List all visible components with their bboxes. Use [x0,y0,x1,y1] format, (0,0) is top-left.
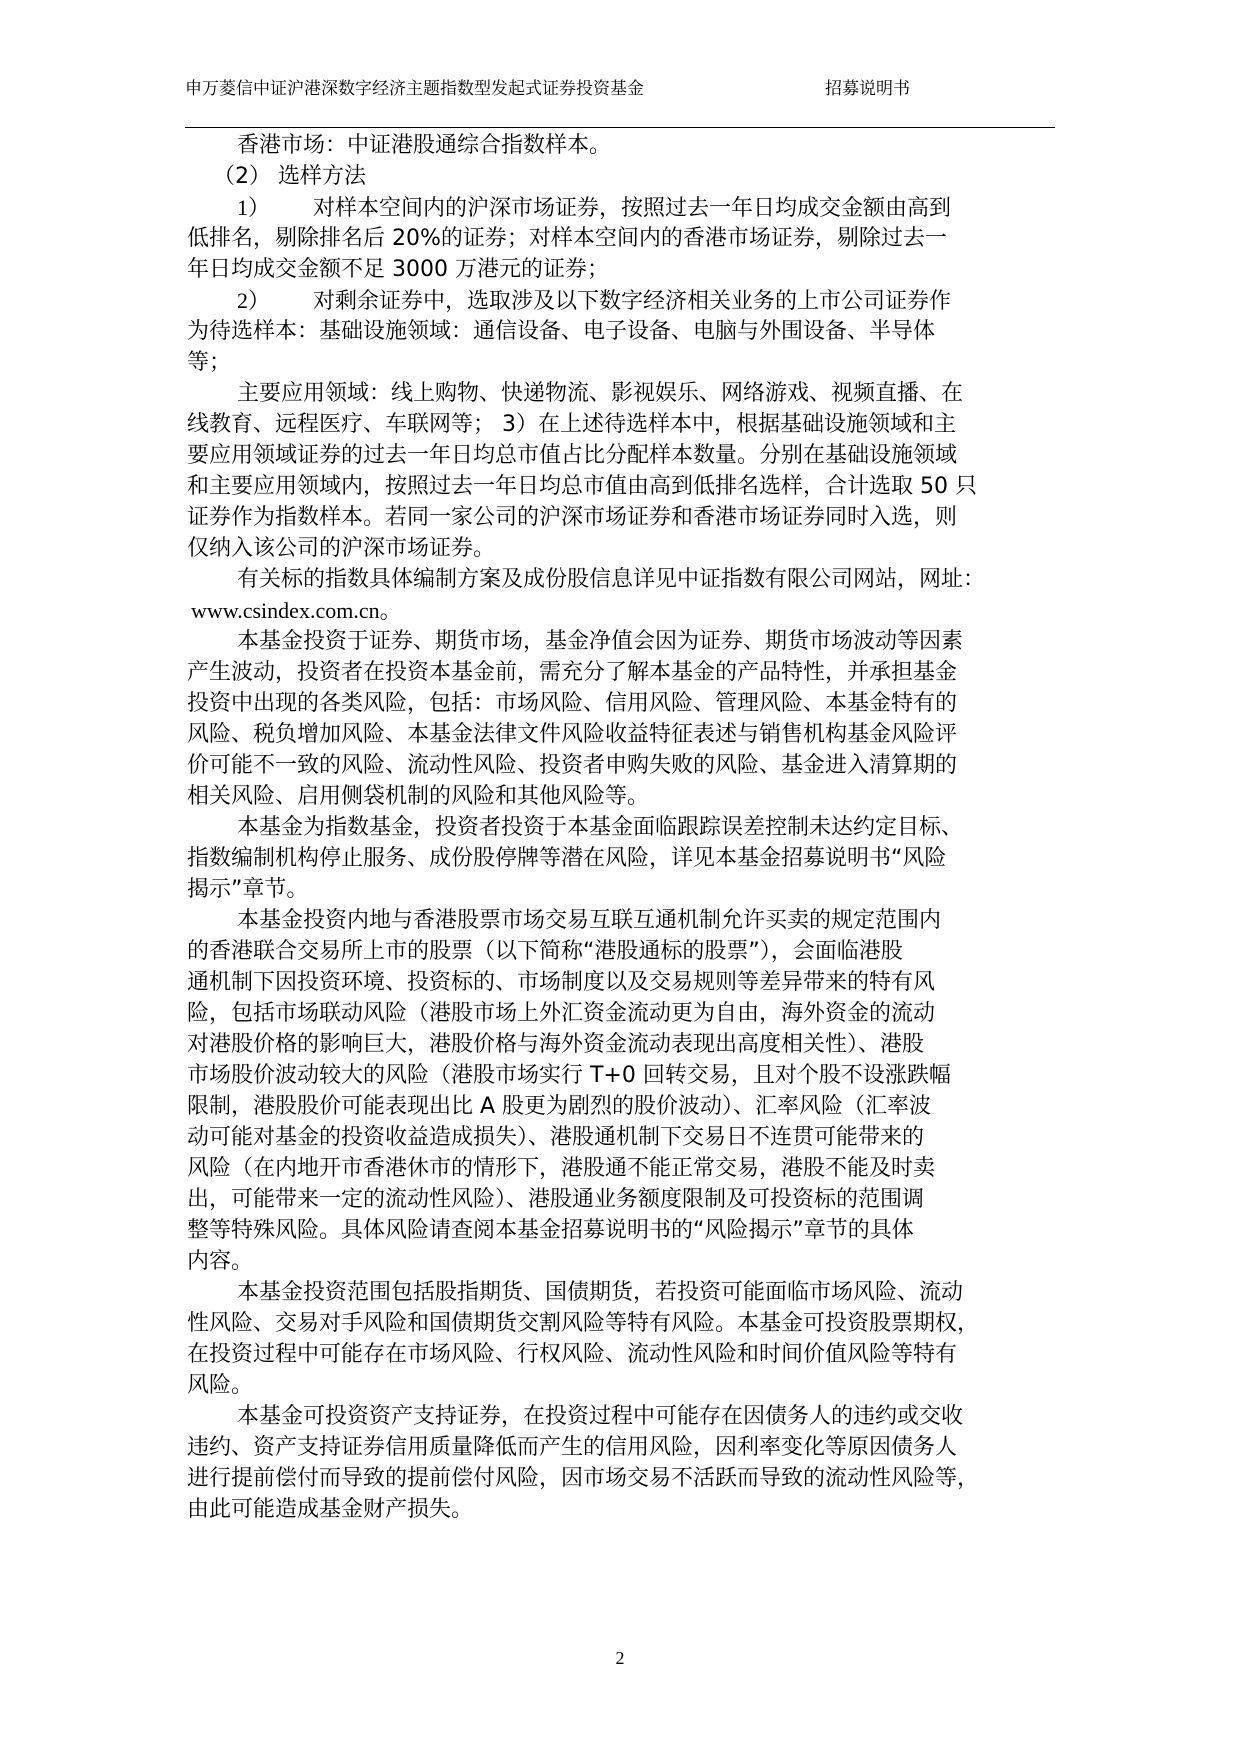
text-line: 风险。 [187,1370,1067,1401]
text-line: 通机制下因投资环境、投资标的、市场制度以及交易规则等差异带来的特有风 [187,967,1067,998]
text-line: 在投资过程中可能存在市场风险、行权风险、流动性风险和时间价值风险等特有 [187,1339,1067,1370]
text-line: 指数编制机构停止服务、成份股停牌等潜在风险，详见本基金招募说明书“风险 [187,843,1067,874]
document-body: 香港市场：中证港股通综合指数样本。 （2） 选样方法 1）对样本空间内的沪深市场… [187,130,1067,1525]
text-line: 内容。 [187,1246,1067,1277]
text-line: 本基金投资范围包括股指期货、国债期货，若投资可能面临市场风险、流动 [187,1277,1067,1308]
list-item-1: 1）对样本空间内的沪深市场证券，按照过去一年日均成交金额由高到 [187,192,1067,223]
text-line: 进行提前偿付而导致的提前偿付风险，因市场交易不活跃而导致的流动性风险等， [187,1463,1067,1494]
text-line: 和主要应用领域内，按照过去一年日均总市值由高到低排名选样，合计选取 50 只 [187,471,1067,502]
section-heading-selection-method: （2） 选样方法 [187,161,1067,192]
text-line: 由此可能造成基金财产损失。 [187,1494,1067,1525]
text-line: 要应用领域证券的过去一年日均总市值占比分配样本数量。分别在基础设施领域 [187,440,1067,471]
text-line: 仅纳入该公司的沪深市场证券。 [187,533,1067,564]
text-line: 证券作为指数样本。若同一家公司的沪深市场证券和香港市场证券同时入选，则 [187,502,1067,533]
index-website-url: www.csindex.com.cn。 [187,595,1067,626]
text-line: 动可能对基金的投资收益造成损失）、港股通机制下交易日不连贯可能带来的 [187,1122,1067,1153]
text-line: 整等特殊风险。具体风险请查阅本基金招募说明书的“风险揭示”章节的具体 [187,1215,1067,1246]
text-line: 香港市场：中证港股通综合指数样本。 [187,130,1067,161]
text-line: 出，可能带来一定的流动性风险）、港股通业务额度限制及可投资标的范围调 [187,1184,1067,1215]
text-line: 本基金可投资资产支持证券，在投资过程中可能存在因债务人的违约或交收 [187,1401,1067,1432]
text-line: 性风险、交易对手风险和国债期货交割风险等特有风险。本基金可投资股票期权， [187,1308,1067,1339]
text-line: 本基金投资于证券、期货市场，基金净值会因为证券、期货市场波动等因素 [187,626,1067,657]
text-line: 本基金投资内地与香港股票市场交易互联互通机制允许买卖的规定范围内 [187,905,1067,936]
text-line: 对样本空间内的沪深市场证券，按照过去一年日均成交金额由高到 [313,196,951,221]
text-line: 线教育、远程医疗、车联网等； 3）在上述待选样本中，根据基础设施领域和主 [187,409,1067,440]
text-line: 风险、税负增加风险、本基金法律文件风险收益特征表述与销售机构基金风险评 [187,719,1067,750]
text-line: 年日均成交金额不足 3000 万港元的证券； [187,254,1067,285]
list-item-2: 2）对剩余证券中，选取涉及以下数字经济相关业务的上市公司证券作 [187,285,1067,316]
text-line: 违约、资产支持证券信用质量降低而产生的信用风险，因利率变化等原因债务人 [187,1432,1067,1463]
text-line: 风险（在内地开市香港休市的情形下，港股通不能正常交易，港股不能及时卖 [187,1153,1067,1184]
text-line: 相关风险、启用侧袋机制的风险和其他风险等。 [187,781,1067,812]
text-line: 为待选样本：基础设施领域：通信设备、电子设备、电脑与外围设备、半导体 [187,316,1067,347]
header-document-type: 招募说明书 [825,74,910,104]
page-header: 申万菱信中证沪港深数字经济主题指数型发起式证券投资基金 招募说明书 [185,74,1055,104]
text-line: 等； [187,347,1067,378]
text-line: 的香港联合交易所上市的股票（以下简称“港股通标的股票”），会面临港股 [187,936,1067,967]
list-item-number: 1） [237,192,313,223]
text-line: 险，包括市场联动风险（港股市场上外汇资金流动更为自由，海外资金的流动 [187,998,1067,1029]
text-line: 产生波动，投资者在投资本基金前，需充分了解本基金的产品特性，并承担基金 [187,657,1067,688]
text-line: 对剩余证券中，选取涉及以下数字经济相关业务的上市公司证券作 [313,289,951,314]
header-divider [185,127,1055,128]
text-line: 主要应用领域：线上购物、快递物流、影视娱乐、网络游戏、视频直播、在 [187,378,1067,409]
text-line: 市场股价波动较大的风险（港股市场实行 T+0 回转交易，且对个股不设涨跌幅 [187,1060,1067,1091]
list-item-number: 2） [237,285,313,316]
text-line: 对港股价格的影响巨大，港股价格与海外资金流动表现出高度相关性）、港股 [187,1029,1067,1060]
text-line: 有关标的指数具体编制方案及成份股信息详见中证指数有限公司网站，网址： [187,564,1067,595]
page-number: 2 [0,1648,1240,1669]
text-line: 限制，港股股价可能表现出比 A 股更为剧烈的股价波动）、汇率风险（汇率波 [187,1091,1067,1122]
text-line: 投资中出现的各类风险，包括：市场风险、信用风险、管理风险、本基金特有的 [187,688,1067,719]
header-fund-title: 申万菱信中证沪港深数字经济主题指数型发起式证券投资基金 [185,74,644,104]
text-line: 价可能不一致的风险、流动性风险、投资者申购失败的风险、基金进入清算期的 [187,750,1067,781]
text-line: 本基金为指数基金，投资者投资于本基金面临跟踪误差控制未达约定目标、 [187,812,1067,843]
text-line: 低排名，剔除排名后 20%的证券；对样本空间内的香港市场证券，剔除过去一 [187,223,1067,254]
text-line: 揭示”章节。 [187,874,1067,905]
